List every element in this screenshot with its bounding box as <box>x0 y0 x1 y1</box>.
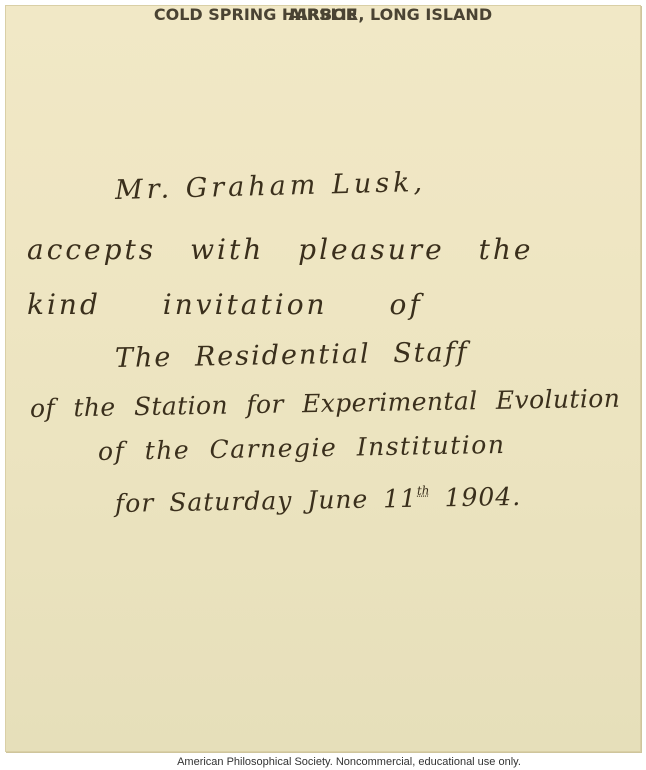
handwritten-line-6: of the Carnegie Institution <box>98 430 506 466</box>
handwritten-line-5: of the Station for Experimental Evolutio… <box>30 384 621 423</box>
copyright-caption: American Philosophical Society. Noncomme… <box>26 756 646 768</box>
date-suffix: th <box>417 484 430 498</box>
handwritten-line-2: accepts with pleasure the <box>27 233 533 266</box>
handwritten-line-3: kind invitation of <box>27 288 423 321</box>
date-year: 1904. <box>444 482 521 512</box>
letterhead-address: COLD SPRING HARBOR, LONG ISLAND <box>5 5 641 24</box>
letter-paper: AIRSLIE COLD SPRING HARBOR, LONG ISLAND … <box>5 5 641 752</box>
date-text: for Saturday June 11 <box>115 484 418 518</box>
handwritten-line-4: The Residential Staff <box>115 337 469 374</box>
handwritten-line-date: for Saturday June 11th 1904. <box>115 482 522 518</box>
handwritten-line-salutation: Mr. Graham Lusk, <box>115 167 427 206</box>
